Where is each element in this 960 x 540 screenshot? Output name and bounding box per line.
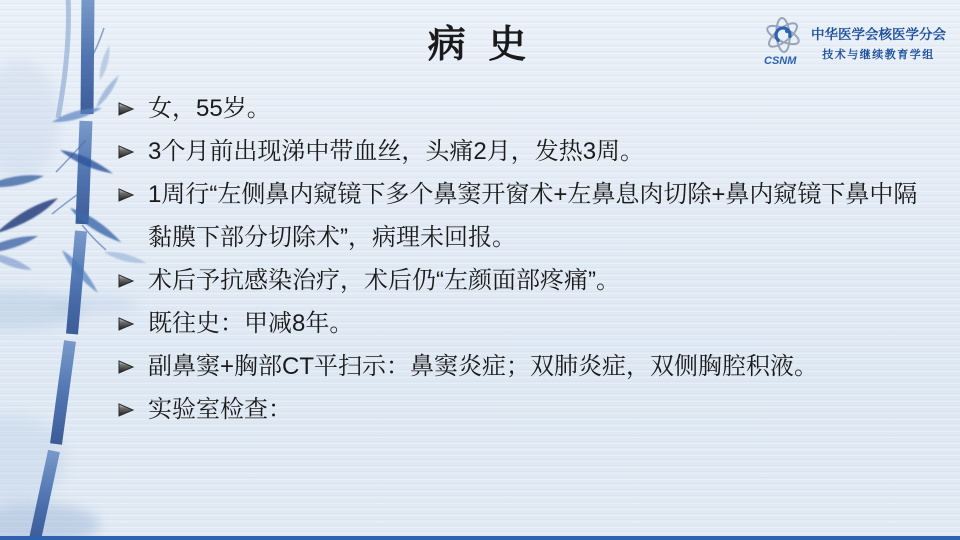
bullet-text: 既往史：甲减8年。 bbox=[148, 302, 923, 345]
list-item: 3个月前出现涕中带血丝，头痛2月，发热3周。 bbox=[117, 130, 923, 173]
logo-org-name: 中华医学会核医学分会 bbox=[811, 23, 946, 43]
logo-text: 中华医学会核医学分会 技术与继续教育学组 bbox=[811, 23, 946, 62]
arrowhead-bullet-icon bbox=[117, 315, 135, 333]
bullet-text: 1周行“左侧鼻内窥镜下多个鼻窦开窗术+左鼻息肉切除+鼻内窥镜下鼻中隔黏膜下部分切… bbox=[148, 173, 923, 259]
arrowhead-bullet-icon bbox=[117, 401, 135, 419]
bullet-text: 术后予抗感染治疗，术后仍“左颜面部疼痛”。 bbox=[148, 259, 923, 302]
org-logo: CSNM 中华医学会核医学分会 技术与继续教育学组 bbox=[760, 17, 946, 67]
arrowhead-bullet-icon bbox=[117, 100, 135, 118]
arrowhead-bullet-icon bbox=[117, 186, 135, 204]
logo-sub-group: 技术与继续教育学组 bbox=[822, 46, 935, 62]
bullet-text: 副鼻窦+胸部CT平扫示：鼻窦炎症；双肺炎症，双侧胸腔积液。 bbox=[148, 345, 923, 388]
list-item: 既往史：甲减8年。 bbox=[117, 302, 923, 345]
bullet-text: 实验室检查： bbox=[148, 388, 923, 431]
slide: 病 史 CSNM 中华医学会核医学分会 技术与继续教育学组 女，55岁。 bbox=[0, 0, 960, 540]
logo-acronym: CSNM bbox=[764, 55, 797, 67]
arrowhead-bullet-icon bbox=[117, 358, 135, 376]
bullet-list: 女，55岁。 3个月前出现涕中带血丝，头痛2月，发热3周。 1周行“左侧鼻内窥镜… bbox=[117, 87, 923, 431]
atom-icon: CSNM bbox=[760, 17, 806, 67]
list-item: 1周行“左侧鼻内窥镜下多个鼻窦开窗术+左鼻息肉切除+鼻内窥镜下鼻中隔黏膜下部分切… bbox=[117, 173, 923, 259]
slide-body: 女，55岁。 3个月前出现涕中带血丝，头痛2月，发热3周。 1周行“左侧鼻内窥镜… bbox=[117, 87, 923, 431]
list-item: 实验室检查： bbox=[117, 388, 923, 431]
arrowhead-bullet-icon bbox=[117, 272, 135, 290]
list-item: 术后予抗感染治疗，术后仍“左颜面部疼痛”。 bbox=[117, 259, 923, 302]
bullet-text: 女，55岁。 bbox=[148, 87, 923, 130]
list-item: 女，55岁。 bbox=[117, 87, 923, 130]
bottom-accent-bar bbox=[0, 536, 960, 540]
bullet-text: 3个月前出现涕中带血丝，头痛2月，发热3周。 bbox=[148, 130, 923, 173]
arrowhead-bullet-icon bbox=[117, 143, 135, 161]
list-item: 副鼻窦+胸部CT平扫示：鼻窦炎症；双肺炎症，双侧胸腔积液。 bbox=[117, 345, 923, 388]
